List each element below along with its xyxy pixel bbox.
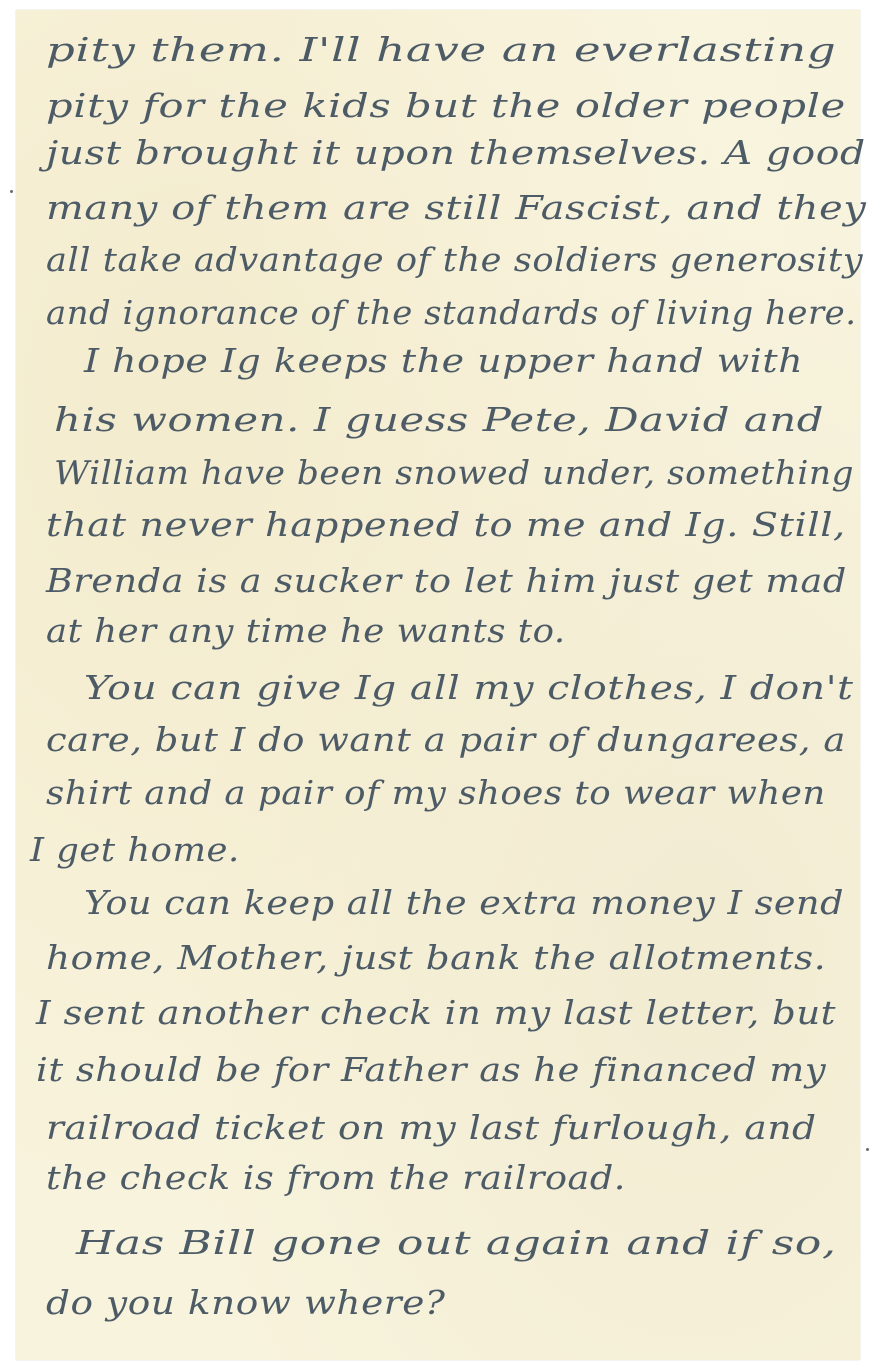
handwritten-line: I sent another check in my last letter, … [36,993,836,1032]
handwritten-line: care, but I do want a pair of dungarees,… [46,720,846,759]
line-text: shirt and a pair of my shoes to wear whe… [46,773,826,812]
line-text: Has Bill gone out again and if so, [76,1223,837,1262]
line-text: I hope Ig keeps the upper hand with [84,341,803,380]
handwritten-line: I hope Ig keeps the upper hand with [84,341,803,380]
handwritten-line: at her any time he wants to. [46,611,566,650]
handwritten-line: shirt and a pair of my shoes to wear whe… [46,773,826,812]
line-text: and ignorance of the standards of living… [46,293,857,332]
handwritten-line: Has Bill gone out again and if so, [76,1223,837,1262]
line-text: I sent another check in my last letter, … [36,993,836,1032]
line-text: his women. I guess Pete, David and [54,400,824,439]
handwritten-line: that never happened to me and Ig. Still, [46,505,846,544]
handwritten-line: many of them are still Fascist, and they [46,188,866,227]
handwritten-line: You can give Ig all my clothes, I don't [84,668,854,707]
line-text: home, Mother, just bank the allotments. [46,938,826,977]
line-text: it should be for Father as he financed m… [36,1050,826,1089]
handwritten-line: I get home. [30,830,240,869]
handwritten-line: just brought it upon themselves. A good [46,133,866,172]
line-text: railroad ticket on my last furlough, and [46,1108,817,1147]
handwritten-line: pity them. I'll have an everlastingsay [46,30,836,69]
letter-page: pity them. I'll have an everlastingsaypi… [16,10,860,1360]
line-text: I get home. [30,830,240,869]
handwritten-line: all take advantage of the soldiers gener… [46,240,863,279]
line-text: the check is from the railroad. [46,1158,626,1197]
ink-speck [866,1148,869,1151]
line-text: just brought it upon themselves. A good [46,133,866,172]
line-text: many of them are still Fascist, and they [46,188,866,227]
line-text: all take advantage of the soldiers gener… [46,240,863,279]
handwritten-line: Brenda is a sucker to let him just get m… [46,561,847,600]
handwritten-line: and ignorance of the standards of living… [46,293,857,332]
line-text: pity them. I'll have an everlasting [46,30,836,69]
handwritten-line: the check is from the railroad. [46,1158,626,1197]
handwritten-line: railroad ticket on my last furlough, and [46,1108,817,1147]
handwritten-line: it should be for Father as he financed m… [36,1050,826,1089]
handwritten-line: home, Mother, just bank the allotments. [46,938,826,977]
line-text: care, but I do want a pair of dungarees,… [46,720,846,759]
handwritten-line: William have been snowed under, somethin… [54,453,854,492]
handwritten-line: pity for the kids but the older people [46,86,846,125]
line-text: Brenda is a sucker to let him just get m… [46,561,847,600]
line-text: You can keep all the extra money I send [84,883,844,922]
handwritten-line: You can keep all the extra money I send [84,883,844,922]
handwritten-line: his women. I guess Pete, David and [54,400,824,439]
line-text: You can give Ig all my clothes, I don't [84,668,854,707]
line-text: do you know where? [46,1283,446,1322]
handwritten-line: do you know where? [46,1283,446,1322]
ink-speck [10,190,13,193]
line-text: pity for the kids but the older people [46,86,846,125]
line-text: at her any time he wants to. [46,611,566,650]
line-text: William have been snowed under, somethin… [54,453,854,492]
line-text: that never happened to me and Ig. Still, [46,505,846,544]
